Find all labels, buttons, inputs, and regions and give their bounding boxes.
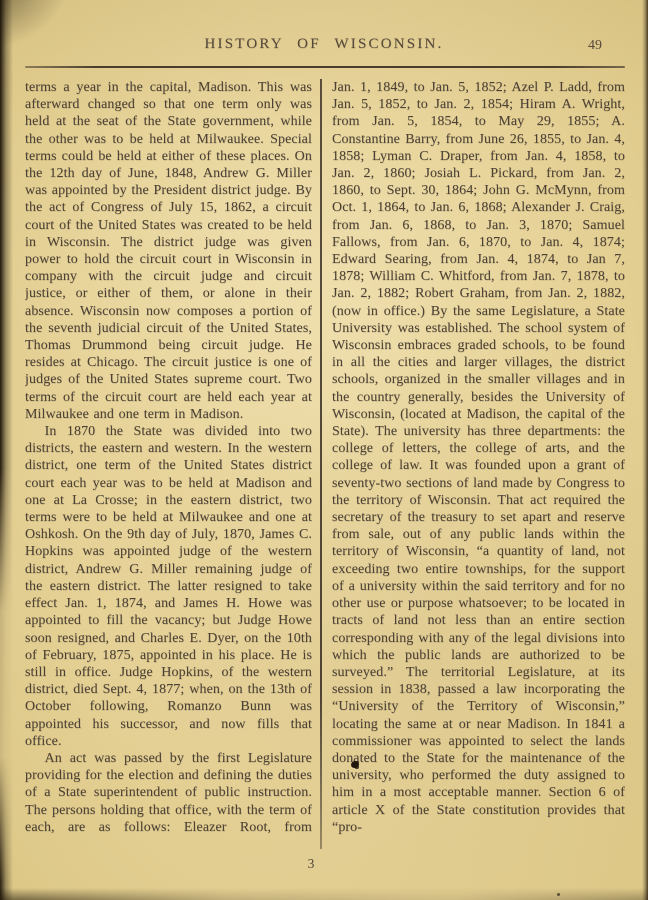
header-rule [25, 66, 625, 68]
scan-edge-left [0, 0, 13, 900]
ink-speck [557, 893, 560, 896]
book-page: HISTORY OF WISCONSIN. 49 terms a year in… [0, 0, 648, 900]
paragraph: Jan. 1, 1849, to Jan. 5, 1852; Azel P. L… [332, 79, 625, 836]
page-number: 49 [588, 38, 602, 54]
page-header: HISTORY OF WISCONSIN. 49 [0, 36, 648, 58]
paragraph: In 1870 the State was divided into two d… [25, 423, 312, 750]
scan-edge-bottom [0, 888, 648, 900]
column-divider [320, 79, 322, 849]
text-columns: terms a year in the capital, Madison. Th… [25, 79, 625, 855]
paragraph: terms a year in the capital, Madison. Th… [25, 79, 312, 423]
right-column: Jan. 1, 1849, to Jan. 5, 1852; Azel P. L… [332, 79, 625, 855]
paragraph: An act was passed by the first Legislatu… [25, 750, 312, 836]
signature-mark: 3 [298, 856, 324, 872]
left-column: terms a year in the capital, Madison. Th… [25, 79, 312, 855]
running-head-title: HISTORY OF WISCONSIN. [0, 36, 648, 53]
scan-edge-right [642, 0, 648, 900]
